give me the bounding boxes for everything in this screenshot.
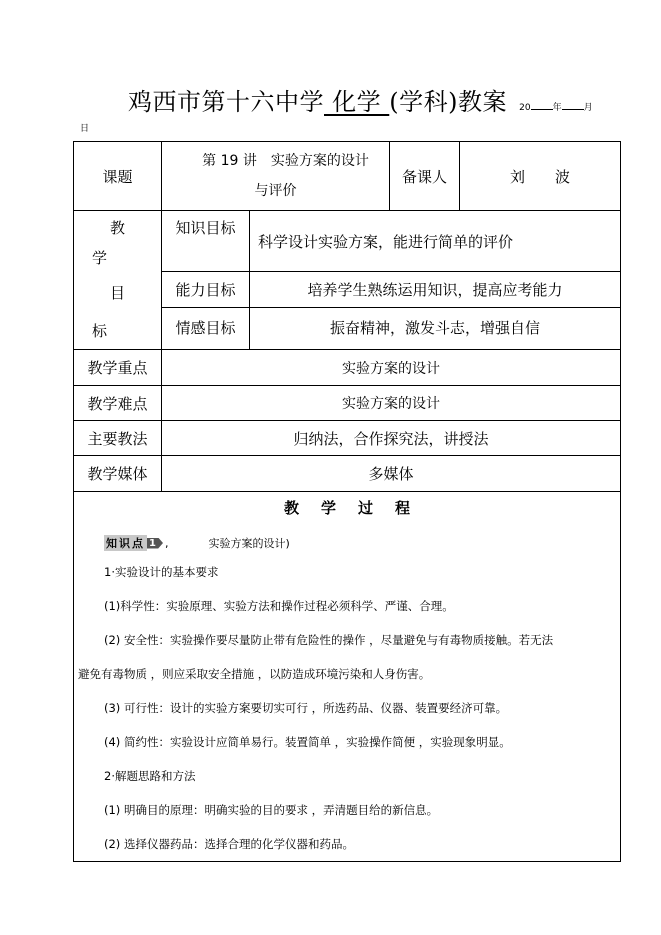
goal-value: 振奋精神，激发斗志，增强自信 <box>250 307 621 349</box>
method-row: 主要教法 归纳法，合作探究法，讲授法 <box>74 421 621 456</box>
date-year-label: 年 <box>553 103 562 113</box>
topic-line-2: 与评价 <box>162 176 389 206</box>
process-line: (2) 安全性：实验操作要尽量防止带有危险性的操作 ，尽量避免与有毒物质接触。若… <box>74 623 620 657</box>
process-line: (2) 选择仪器药品：选择合理的化学仪器和药品。 <box>74 827 620 861</box>
date-month-blank <box>562 109 584 110</box>
topic-value: 第 19 讲 实验方案的设计 与评价 <box>162 142 390 211</box>
goals-char-3: 目 <box>74 273 161 313</box>
row-value: 归纳法，合作探究法，讲授法 <box>162 421 621 456</box>
preparer-name: 刘 波 <box>460 142 621 211</box>
goal-value: 科学设计实验方案，能进行简单的评价 <box>250 211 621 272</box>
knowledge-point-badge: 知识点 <box>104 535 147 551</box>
row-label: 教学难点 <box>74 386 162 421</box>
row-value: 多媒体 <box>162 456 621 492</box>
topic-line-1: 第 19 讲 实验方案的设计 <box>162 146 389 176</box>
teaching-process: 教学过程 知识点1 , 实验方案的设计) 1·实验设计的基本要求 (1)科学性：… <box>74 492 621 862</box>
goals-char-2: 学 <box>74 243 161 273</box>
knowledge-point-comma: , <box>165 537 169 550</box>
goal-label: 情感目标 <box>162 307 250 349</box>
document-title: 鸡西市第十六中学 化学 (学科)教案 20年月 <box>128 82 593 117</box>
key-point-row: 教学重点 实验方案的设计 <box>74 350 621 386</box>
goals-char-4: 标 <box>74 313 161 349</box>
goals-label: 教 学 目 标 <box>74 211 162 350</box>
difficulty-row: 教学难点 实验方案的设计 <box>74 386 621 421</box>
process-line: (4) 简约性：实验设计应简单易行。装置简单 ，实验操作简便 ，实验现象明显。 <box>74 725 620 759</box>
knowledge-point-number-icon: 1 <box>147 538 163 549</box>
goals-char-1: 教 <box>74 213 161 243</box>
row-label: 主要教法 <box>74 421 162 456</box>
preparer-label: 备课人 <box>390 142 460 211</box>
title-school: 鸡西市第十六中学 <box>128 88 324 116</box>
title-suffix: (学科)教案 <box>389 88 507 116</box>
process-row: 教学过程 知识点1 , 实验方案的设计) 1·实验设计的基本要求 (1)科学性：… <box>74 492 621 862</box>
knowledge-point: 知识点1 , 实验方案的设计) <box>104 535 620 551</box>
date-month-label: 月 <box>584 103 593 113</box>
goal-row-knowledge: 教 学 目 标 知识目标 科学设计实验方案，能进行简单的评价 <box>74 211 621 272</box>
process-line: (1)科学性：实验原理、实验方法和操作过程必须科学、严谨、合理。 <box>74 589 620 623</box>
date-day-label: 日 <box>80 121 89 134</box>
date-year-blank <box>531 109 553 110</box>
process-line: 避免有毒物质 ，则应采取安全措施 ，以防造成环境污染和人身伤害。 <box>74 657 620 691</box>
goal-value: 培养学生熟练运用知识，提高应考能力 <box>250 272 621 307</box>
topic-label: 课题 <box>74 142 162 211</box>
row-label: 教学重点 <box>74 350 162 386</box>
date-fields: 20年月 <box>519 103 592 113</box>
process-line: 1·实验设计的基本要求 <box>74 555 620 589</box>
title-subject: 化学 <box>324 88 389 116</box>
row-value: 实验方案的设计 <box>162 386 621 421</box>
goal-label: 知识目标 <box>162 211 250 272</box>
goal-label: 能力目标 <box>162 272 250 307</box>
media-row: 教学媒体 多媒体 <box>74 456 621 492</box>
process-line: (1) 明确目的原理：明确实验的目的要求 ，弄清题目给的新信息。 <box>74 793 620 827</box>
knowledge-point-text: 实验方案的设计) <box>209 535 290 551</box>
lesson-plan-table: 课题 第 19 讲 实验方案的设计 与评价 备课人 刘 波 教 学 目 标 知识… <box>73 141 621 862</box>
topic-row: 课题 第 19 讲 实验方案的设计 与评价 备课人 刘 波 <box>74 142 621 211</box>
process-line: (3) 可行性：设计的实验方案要切实可行 ，所选药品、仪器、装置要经济可靠。 <box>74 691 620 725</box>
process-line: 2·解题思路和方法 <box>74 759 620 793</box>
row-value: 实验方案的设计 <box>162 350 621 386</box>
date-year-prefix: 20 <box>519 103 530 113</box>
row-label: 教学媒体 <box>74 456 162 492</box>
process-heading: 教学过程 <box>74 492 620 521</box>
